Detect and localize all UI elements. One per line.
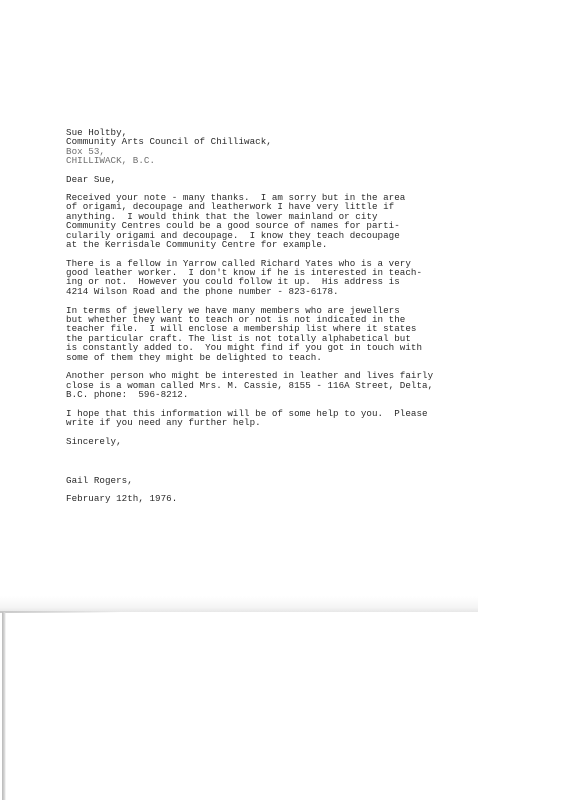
scan-edge-line xyxy=(0,611,120,613)
address-line: Community Arts Council of Chilliwack, xyxy=(66,137,506,146)
address-line: CHILLIWACK, B.C. xyxy=(66,156,506,165)
scan-page-edge xyxy=(2,612,6,800)
recipient-address: Sue Holtby, Community Arts Council of Ch… xyxy=(66,128,506,166)
letter-body: Sue Holtby, Community Arts Council of Ch… xyxy=(66,128,506,504)
closing: Sincerely, xyxy=(66,437,506,446)
date-block: February 12th, 1976. xyxy=(66,494,506,503)
paragraph-line: at the Kerrisdale Community Centre for e… xyxy=(66,240,506,249)
salutation: Dear Sue, xyxy=(66,175,506,184)
signer-name: Gail Rogers, xyxy=(66,476,506,485)
paragraph-line: 4214 Wilson Road and the phone number - … xyxy=(66,287,506,296)
paragraph-1: Received your note - many thanks. I am s… xyxy=(66,193,506,249)
paragraph-line: some of them they might be delighted to … xyxy=(66,353,506,362)
paragraph-5: I hope that this information will be of … xyxy=(66,409,506,428)
closing-text: Sincerely, xyxy=(66,437,506,446)
salutation-text: Dear Sue, xyxy=(66,175,506,184)
paragraph-line: write if you need any further help. xyxy=(66,418,506,427)
letter-date: February 12th, 1976. xyxy=(66,494,506,503)
paragraph-2: There is a fellow in Yarrow called Richa… xyxy=(66,259,506,297)
signature-block: Gail Rogers, xyxy=(66,476,506,485)
scanned-page: Sue Holtby, Community Arts Council of Ch… xyxy=(0,0,565,800)
scan-shadow-band xyxy=(0,596,478,612)
paragraph-3: In terms of jewellery we have many membe… xyxy=(66,306,506,362)
paragraph-4: Another person who might be interested i… xyxy=(66,371,506,399)
paragraph-line: B.C. phone: 596-8212. xyxy=(66,390,506,399)
